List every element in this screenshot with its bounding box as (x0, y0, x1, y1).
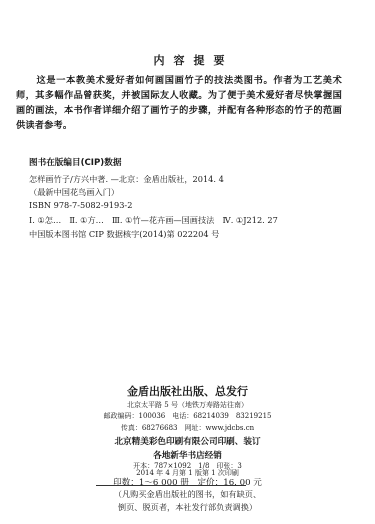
cip-record-number-line: 中国版本图书馆 CIP 数据核字(2014)第 022204 号 (29, 229, 219, 240)
publisher-postal-phone: 邮政编码：100036 电话：68214039 83219215 (0, 411, 375, 421)
cip-title-line: 怎样画竹子/方兴中著. —北京：金盾出版社，2014. 4 (29, 174, 224, 185)
summary-text: 这是一本教美术爱好者如何画国画竹子的技法类图书。作者为工艺美术师，其多幅作品曾获… (16, 75, 342, 131)
distributor-info: 各地新华书店经销 (0, 449, 375, 461)
print-count-price: 印数：1～6 000 册 定价：16. 00 元 (0, 476, 375, 488)
printer-info: 北京精美彩色印刷有限公司印刷、装订 (0, 435, 375, 447)
publisher-address: 北京太平路 5 号（地铁万寿路站往南） (0, 400, 375, 410)
replacement-note-line2: 倒页、脱页者，本社发行部负责调换） (0, 502, 375, 513)
publisher-title: 金盾出版社出版、总发行 (0, 383, 375, 399)
publisher-fax-website: 传真：68276683 网址：www.jdcbs.cn (0, 423, 375, 433)
content-summary-paragraph: 这是一本教美术爱好者如何画国画竹子的技法类图书。作者为工艺美术师，其多幅作品曾获… (16, 73, 342, 133)
cip-series-line: （最新中国花鸟画入门） (29, 187, 119, 198)
replacement-note-line1: （凡购买金盾出版社的图书，如有缺页、 (0, 489, 375, 500)
content-summary-title: 内容提要 (0, 52, 375, 68)
cip-classification-line: Ⅰ. ①怎… Ⅱ. ①方… Ⅲ. ①竹—花卉画—国画技法 Ⅳ. ①J212. 2… (29, 215, 278, 226)
divider-rule (96, 485, 246, 486)
cip-heading: 图书在版编目(CIP)数据 (29, 156, 121, 168)
cip-isbn-line: ISBN 978-7-5082-9193-2 (29, 200, 132, 210)
